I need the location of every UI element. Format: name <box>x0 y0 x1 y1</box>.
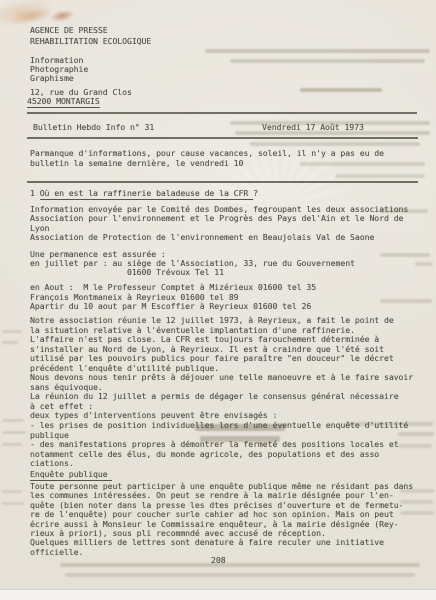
bulletin-title: Bulletin Hebdo Info n° 31 <box>33 122 154 132</box>
heading-question-mark: ? <box>253 188 258 198</box>
enquete-heading: Enquête publique <box>30 469 112 479</box>
bleed-line <box>2 443 22 446</box>
bleed-line <box>2 502 24 505</box>
agency-name: AGENCE DE PRESSE REHABILITATION ECOLOGIQ… <box>30 25 151 46</box>
address-line-2: 45200 MONTARGIS <box>27 96 100 106</box>
bleed-line <box>2 341 18 344</box>
bleed-line <box>380 299 432 303</box>
status-paragraph: Notre association réunie le 12 juillet 1… <box>30 316 413 469</box>
heading-number: 1 <box>30 188 40 198</box>
bleed-line <box>65 573 415 577</box>
divider-top <box>27 112 417 114</box>
page-number: 208 <box>211 555 226 565</box>
heading-title-underlined: Où en est la raffinerie baladeuse de la … <box>40 188 253 200</box>
article-heading: 1 Où en est la raffinerie baladeuse de l… <box>30 188 258 198</box>
scanner-edge <box>0 589 436 600</box>
bleed-line <box>205 49 430 53</box>
bleed-line <box>2 431 26 434</box>
scanned-bulletin-page: AGENCE DE PRESSE REHABILITATION ECOLOGIQ… <box>0 0 436 600</box>
permanence-paragraph: Une permanence est assurée : en juillet … <box>30 250 355 277</box>
bleed-line <box>300 88 382 92</box>
bleed-line <box>2 330 22 333</box>
bleed-line <box>2 490 22 493</box>
august-contacts-paragraph: en Aout : M le Professeur Comptet à Mizé… <box>30 283 316 312</box>
divider-bottom <box>27 181 418 183</box>
bleed-line <box>60 563 420 567</box>
bulletin-date: Vendredi 17 Août 1973 <box>262 122 364 132</box>
source-paragraph: Information envoyée par le Comité des Do… <box>30 205 408 243</box>
enquete-paragraph: Toute personne peut participer à une enq… <box>30 482 413 557</box>
bleed-line <box>2 419 24 422</box>
intro-note: Parmanque d'informations, pour cause vac… <box>30 148 384 169</box>
services-list: Information Photographie Graphisme <box>30 56 88 84</box>
divider-middle <box>27 137 418 139</box>
bleed-line <box>415 262 433 266</box>
bleed-line <box>230 59 425 63</box>
bleed-line <box>380 253 430 257</box>
